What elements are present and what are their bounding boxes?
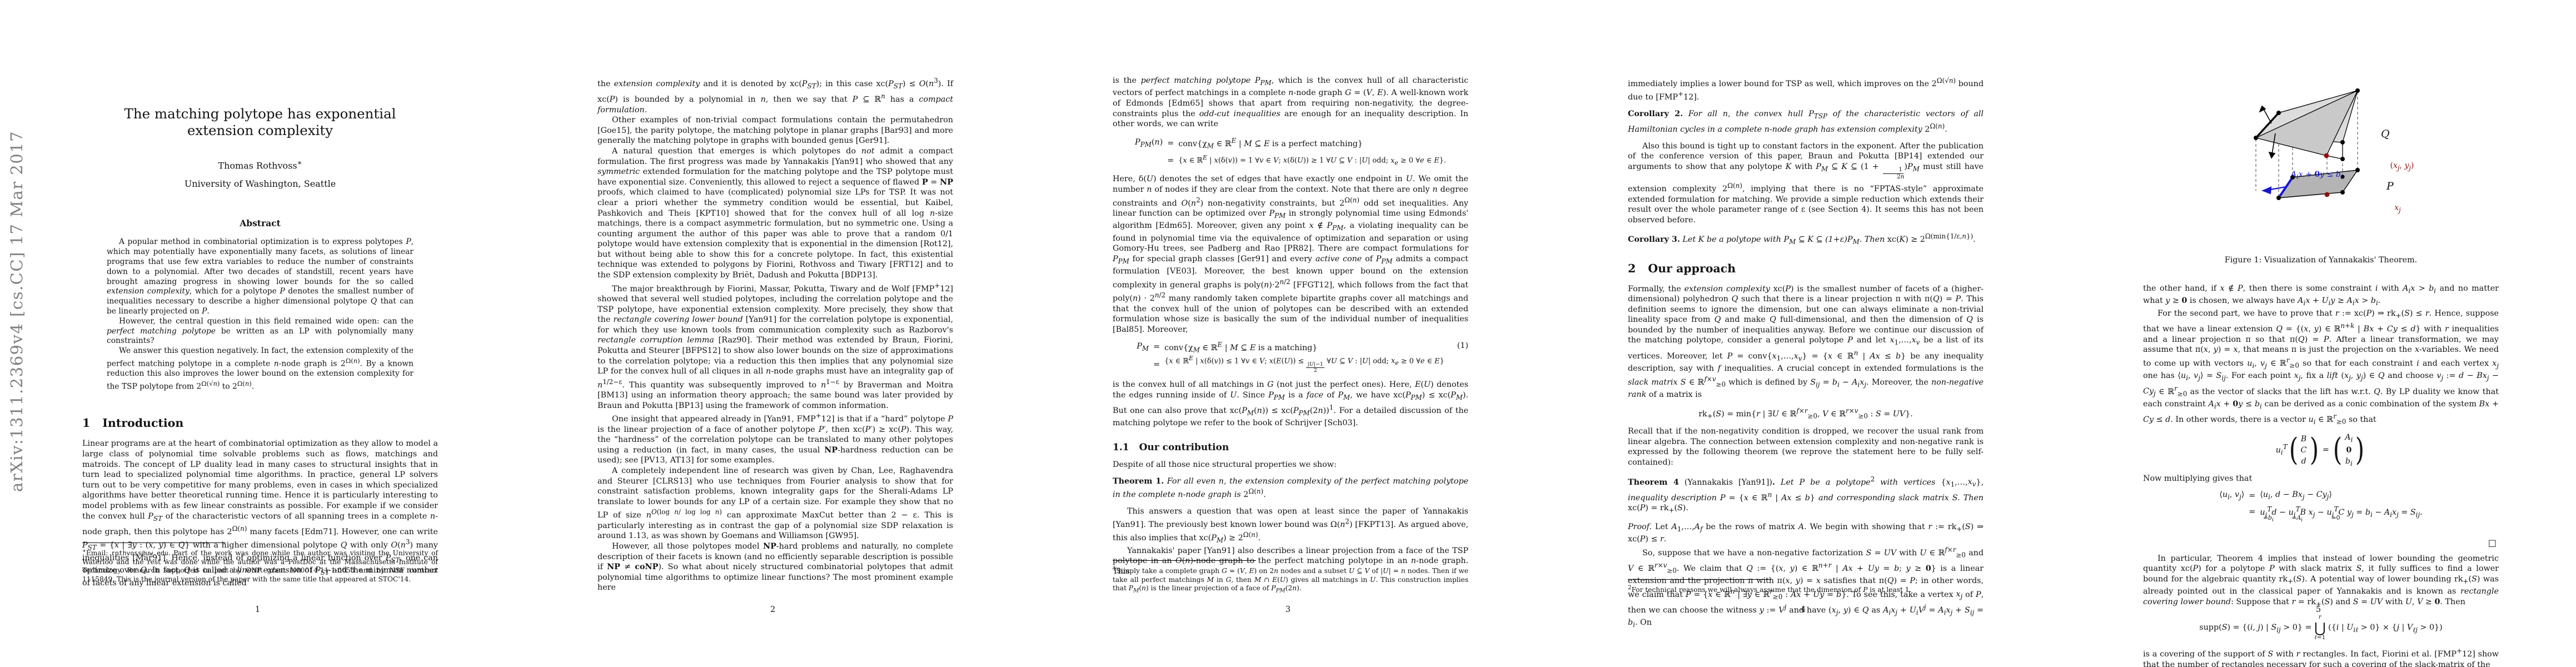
arxiv-watermark: arXiv:1311.2369v4 [cs.CC] 17 Mar 2017 (7, 131, 26, 492)
section-title: Our approach (1648, 262, 1736, 275)
equation-rhs: {x ∈ ℝE | x(δ(v)) = 1 ∀v ∈ V; x(δ(U)) ≥ … (1176, 152, 1448, 169)
equation-rhs: uiTd=bi − uiTB=Ai xj − uiTC=0 yj = bi − … (2258, 503, 2424, 521)
label-lift-point: (xj, yj) (2369, 161, 2435, 172)
label-vertex-xj: xj (2386, 203, 2409, 214)
footnote-text: 1Simply take a complete graph G = (V, E)… (1113, 565, 1468, 596)
label-polytope-p: P (2386, 180, 2394, 192)
page-number: 5 (2061, 605, 2576, 614)
paragraph: A completely independent line of researc… (597, 466, 953, 541)
paper-title: The matching polytope has exponential ex… (93, 106, 427, 139)
paragraph: In particular, Theorem 4 implies that in… (2143, 554, 2499, 610)
page-number: 2 (515, 605, 1030, 614)
proof-paragraph: Proof. Let A1,…,Af be the rows of matrix… (1628, 522, 1984, 545)
page-2: the extension complexity and it is denot… (515, 0, 1030, 667)
subsection-title: Our contribution (1139, 442, 1229, 453)
subsection-number: 1.1 (1113, 442, 1129, 453)
page-number: 1 (0, 605, 515, 614)
equation-rhs: ⟨ui, d − Bxj − Cyj⟩ (2258, 489, 2424, 503)
equation-rhs: conv{χM ∈ ℝE | M ⊆ E is a perfect matchi… (1176, 135, 1448, 152)
paragraph: For the second part, we have to prove th… (2143, 308, 2499, 427)
page-4: immediately implies a lower bound for TS… (1546, 0, 2061, 667)
paragraph: Here, δ(U) denotes the set of edges that… (1113, 174, 1468, 335)
footnote-block: 2For technical reasons we will always as… (1628, 579, 1984, 595)
figure-caption: Figure 1: Visualization of Yannakakis' T… (2143, 256, 2499, 265)
equation-tag: (1) (1457, 341, 1468, 350)
footnote-block: 1Simply take a complete graph G = (V, E)… (1113, 560, 1468, 596)
corollary-2: Corollary 2. For all n, the convex hull … (1628, 109, 1984, 135)
section-number: 1 (82, 416, 90, 430)
label-polytope-q: Q (2381, 128, 2390, 140)
label-inequality: Aix + 0y ≤ bi (2291, 170, 2343, 181)
display-equation-aligned: ⟨ui, vj⟩=⟨ui, d − Bxj − Cyj⟩ =uiTd=bi − … (2143, 489, 2499, 520)
paragraph: Also this bound is tight up to constant … (1628, 141, 1984, 226)
footnote-rule (1628, 579, 1771, 580)
paragraph: Despite of all those nice structural pro… (1113, 460, 1468, 470)
equation-lhs: ⟨ui, vj⟩ (2217, 489, 2246, 503)
paragraph: is a covering of the support of S with r… (2143, 646, 2499, 667)
page-3: is the perfect matching polytope PPM, wh… (1030, 0, 1546, 667)
polytope-diagram-svg (2220, 77, 2411, 217)
paragraph: One insight that appeared already in [Ya… (597, 411, 953, 466)
abstract-paragraph: A popular method in combinatorial optimi… (107, 237, 413, 316)
equation-rhs: {x ∈ ℝE | x(δ(v)) ≤ 1 ∀v ∈ V; x(E(U)) ≤ … (1162, 354, 1447, 375)
page-number: 3 (1030, 605, 1546, 614)
page-1: arXiv:1311.2369v4 [cs.CC] 17 Mar 2017 Th… (0, 0, 515, 667)
theorem-4: Theorem 4 (Yannakakis [Yan91]). Let P be… (1628, 474, 1984, 516)
corollary-3: Corollary 3. Let K be a polytope with PM… (1628, 231, 1984, 247)
paragraph: the other hand, if x ∉ P, then there is … (2143, 283, 2499, 308)
paragraph: the extension complexity and it is denot… (597, 76, 953, 115)
subsection-heading-contribution: 1.1Our contribution (1113, 442, 1468, 453)
paragraph: Formally, the extension complexity xc(P)… (1628, 284, 1984, 400)
polytope-diagram: Q P (xj, yj) xj Aix + 0y ≤ bi (2220, 77, 2411, 217)
footnote-text: ∗Email: rothvoss@uw.edu. Part of the wor… (82, 547, 438, 584)
section-number: 2 (1628, 262, 1636, 275)
paragraph: Other examples of non-trivial compact fo… (597, 115, 953, 146)
equation-lhs: PM (1134, 340, 1151, 355)
page-number: 4 (1546, 605, 2061, 614)
section-heading-introduction: 1Introduction (82, 416, 438, 430)
author-name: Thomas Rothvoss∗ (82, 159, 438, 171)
paragraph: Recall that if the non-negativity condit… (1628, 426, 1984, 467)
abstract-paragraph: We answer this question negatively. In f… (107, 346, 413, 392)
display-equation-pm: (1) PM=conv{χM ∈ ℝE | M ⊆ E is a matchin… (1113, 340, 1468, 375)
footnote-text: 2For technical reasons we will always as… (1628, 584, 1984, 595)
paper-canvas: arXiv:1311.2369v4 [cs.CC] 17 Mar 2017 Th… (0, 0, 2576, 667)
paragraph: immediately implies a lower bound for TS… (1628, 76, 1984, 103)
section-heading-approach: 2Our approach (1628, 262, 1984, 275)
footnote-block: ∗Email: rothvoss@uw.edu. Part of the wor… (82, 542, 438, 584)
equation-lhs: PPM(n) (1133, 135, 1165, 152)
abstract-heading: Abstract (82, 218, 438, 228)
section-title: Introduction (102, 416, 183, 430)
display-equation-matrix: uiT(BCd) = (Ai0bi) (2143, 432, 2499, 468)
paragraph: is the perfect matching polytope PPM, wh… (1113, 76, 1468, 130)
paragraph: A natural question that emerges is which… (597, 146, 953, 281)
theorem-1: Theorem 1. For all even n, the extension… (1113, 476, 1468, 500)
abstract-paragraph: However, the central question in this fi… (107, 317, 413, 346)
paragraph: is the convex hull of all matchings in G… (1113, 380, 1468, 429)
footnote-rule (1113, 560, 1256, 561)
paragraph: However, all those polytopes model NP-ha… (597, 541, 953, 593)
paragraph: This answers a question that was open at… (1113, 506, 1468, 546)
abstract-block: A popular method in combinatorial optimi… (82, 237, 438, 392)
display-equation-support: supp(S) = {(i, j) | Sij > 0} = r⋃ℓ=1 ({i… (2143, 614, 2499, 641)
page-5: Q P (xj, yj) xj Aix + 0y ≤ bi Figure 1: … (2061, 0, 2576, 667)
figure-1: Q P (xj, yj) xj Aix + 0y ≤ bi (2143, 76, 2499, 252)
author-affiliation: University of Washington, Seattle (82, 178, 438, 189)
qed-box: □ (2143, 537, 2497, 548)
display-equation-rank: rk+(S) = min{r | ∃U ∈ ℝf×r≥0, V ∈ ℝr×v≥0… (1628, 405, 1984, 422)
equation-rhs: conv{χM ∈ ℝE | M ⊆ E is a matching} (1162, 340, 1447, 355)
paragraph: The major breakthrough by Fiorini, Massa… (597, 281, 953, 411)
footnote-rule (82, 542, 226, 543)
display-equation-ppm: PPM(n)=conv{χM ∈ ℝE | M ⊆ E is a perfect… (1113, 135, 1468, 170)
paragraph: Now multiplying gives that (2143, 474, 2499, 484)
